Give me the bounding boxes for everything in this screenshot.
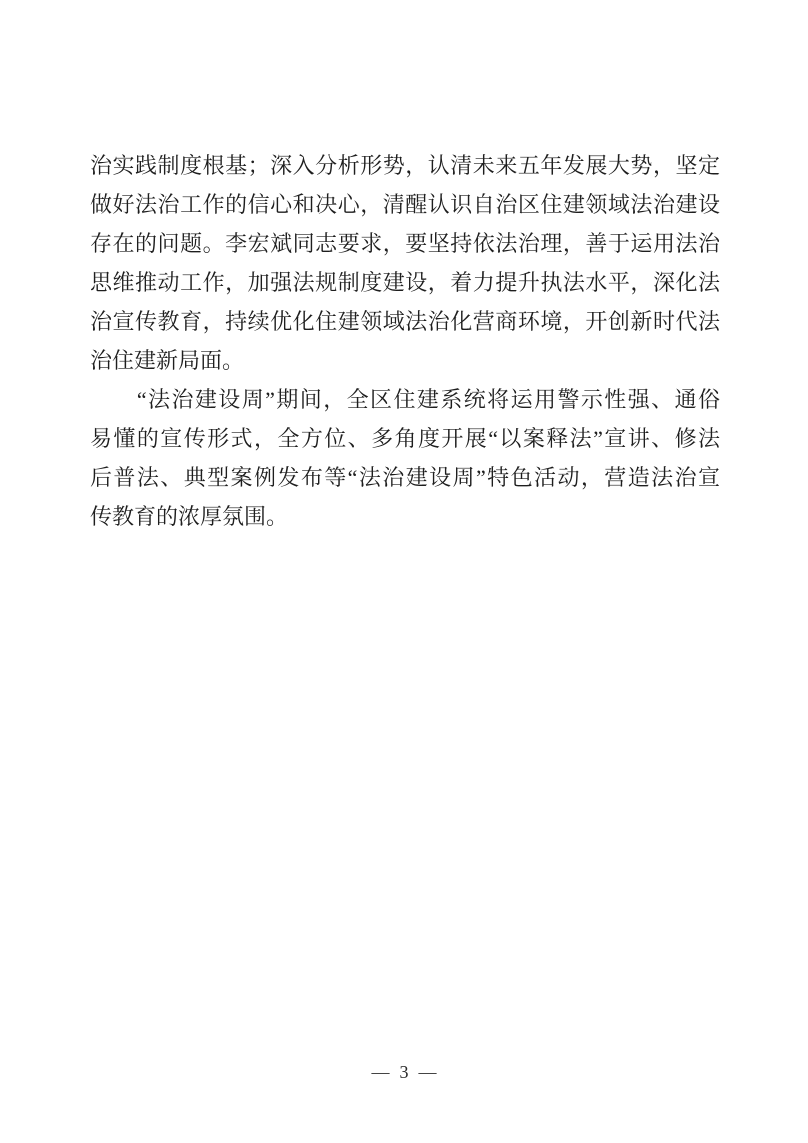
text-line: 后普法、典型案例发布等“法治建设周”特色活动，营造法治宣: [90, 458, 720, 497]
text-line: 治实践制度根基；深入分析形势，认清未来五年发展大势，坚定: [90, 146, 720, 185]
text-line: 做好法治工作的信心和决心，清醒认识自治区住建领域法治建设: [90, 185, 720, 224]
text-line: 存在的问题。李宏斌同志要求，要坚持依法治理，善于运用法治: [90, 224, 720, 263]
text-line: 易懂的宣传形式，全方位、多角度开展“以案释法”宣讲、修法: [90, 419, 720, 458]
text-line: 治住建新局面。: [90, 341, 720, 380]
page-number: 3: [400, 1060, 409, 1084]
document-body: 治实践制度根基；深入分析形势，认清未来五年发展大势，坚定 做好法治工作的信心和决…: [90, 146, 720, 536]
text-line: 思维推动工作，加强法规制度建设，着力提升执法水平，深化法: [90, 263, 720, 302]
footer-dash-right: —: [419, 1060, 437, 1084]
page-footer: — 3 —: [0, 1060, 808, 1084]
text-line: 治宣传教育，持续优化住建领域法治化营商环境，开创新时代法: [90, 302, 720, 341]
document-page: 治实践制度根基；深入分析形势，认清未来五年发展大势，坚定 做好法治工作的信心和决…: [0, 0, 808, 1143]
footer-dash-left: —: [372, 1060, 390, 1084]
paragraph-1: 治实践制度根基；深入分析形势，认清未来五年发展大势，坚定 做好法治工作的信心和决…: [90, 146, 720, 380]
text-line: “法治建设周”期间，全区住建系统将运用警示性强、通俗: [90, 380, 720, 419]
paragraph-2: “法治建设周”期间，全区住建系统将运用警示性强、通俗 易懂的宣传形式，全方位、多…: [90, 380, 720, 536]
text-line: 传教育的浓厚氛围。: [90, 497, 720, 536]
